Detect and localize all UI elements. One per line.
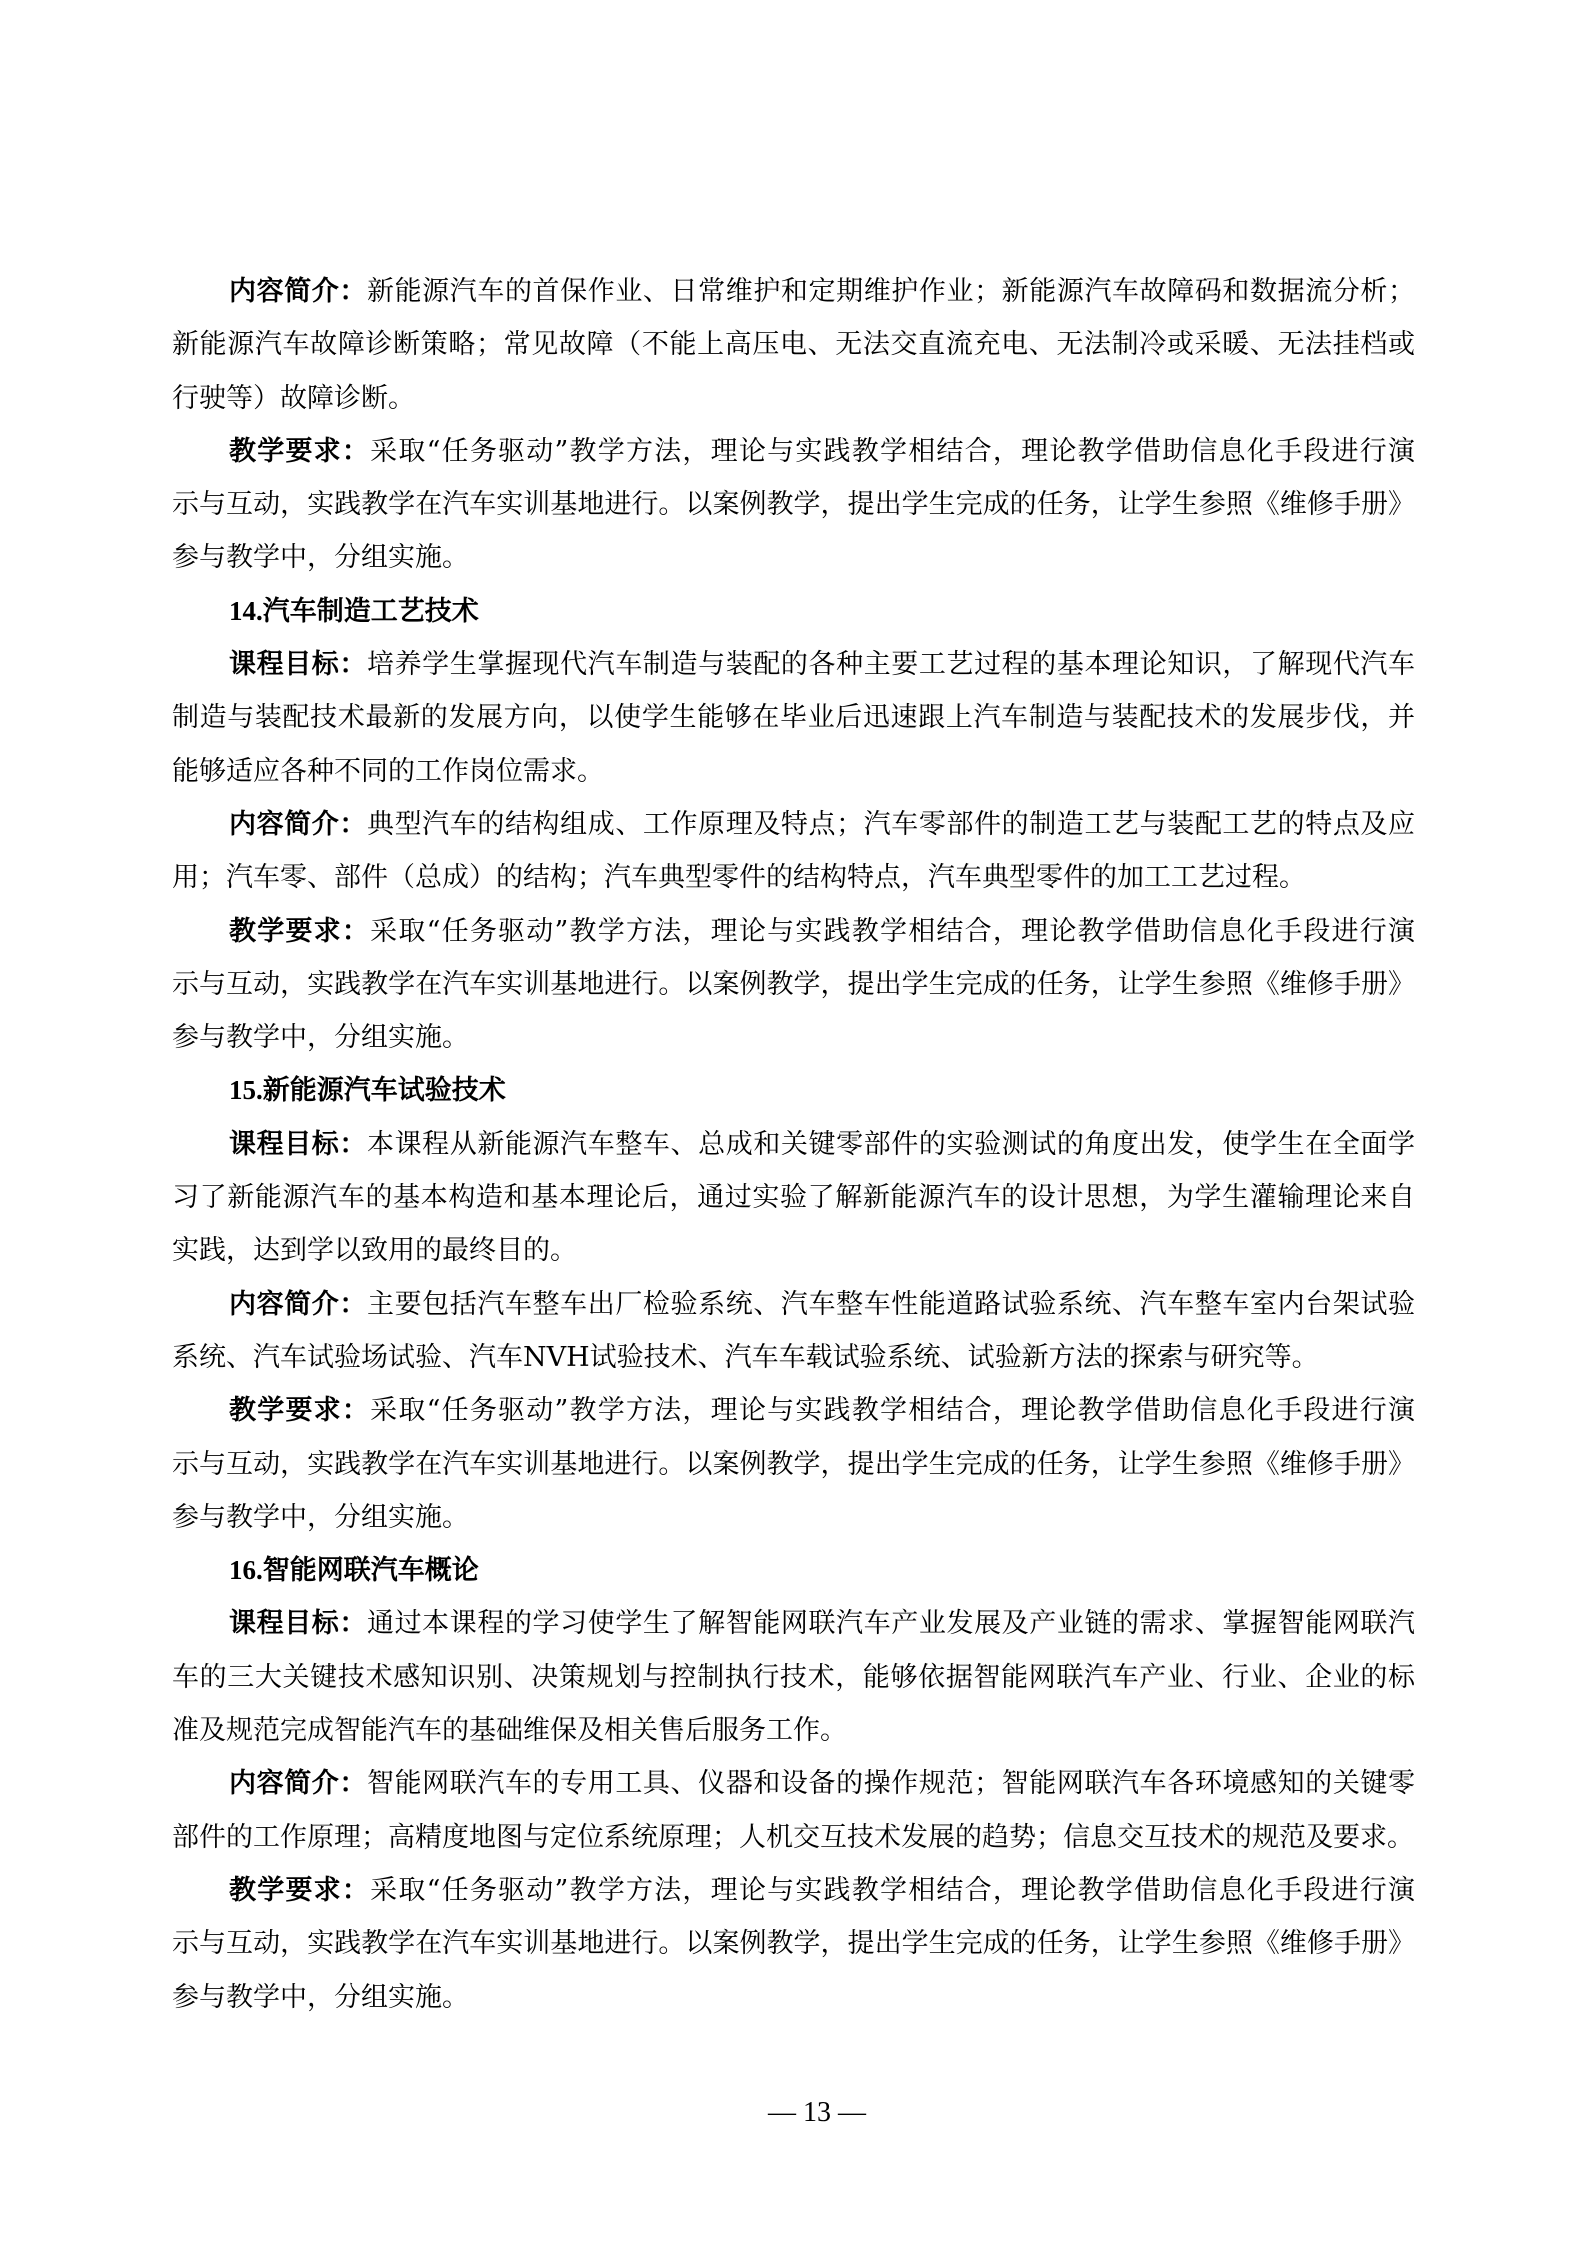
course-goal-text: 习了新能源汽车的基本构造和基本理论后，通过实验了解新能源汽车的设计思想，为学生灌… [172,1182,1415,1213]
content-intro-text: 用；汽车零、部件（总成）的结构；汽车典型零件的结构特点，汽车典型零件的加工工艺过… [172,862,1306,893]
content-intro-label: 内容简介： [229,1768,367,1799]
course-goal-label: 课程目标： [229,649,367,680]
page-number: — 13 — [717,2094,917,2132]
paragraph-line: 示与互动，实践教学在汽车实训基地进行。以案例教学，提出学生完成的任务，让学生参照… [172,1438,1415,1491]
paragraph-line: 示与互动，实践教学在汽车实训基地进行。以案例教学，提出学生完成的任务，让学生参照… [172,958,1415,1011]
paragraph-line: 能够适应各种不同的工作岗位需求。 [172,745,1415,798]
teaching-req-text: 参与教学中，分组实施。 [172,1982,469,2013]
course-goal-text: 准及规范完成智能汽车的基础维保及相关售后服务工作。 [172,1715,847,1746]
paragraph-line: 参与教学中，分组实施。 [172,1491,1415,1544]
section-number: 15. [229,1075,263,1105]
paragraph-line: 新能源汽车故障诊断策略；常见故障（不能上高压电、无法交直流充电、无法制冷或采暖、… [172,318,1415,371]
paragraph-line: 教学要求：采取“任务驱动”教学方法，理论与实践教学相结合，理论教学借助信息化手段… [172,1384,1415,1437]
paragraph-line: 内容简介：新能源汽车的首保作业、日常维护和定期维护作业；新能源汽车故障码和数据流… [172,265,1415,318]
section-heading-15: 15.新能源汽车试验技术 [172,1064,1415,1117]
content-intro-label: 内容简介： [229,809,367,840]
paragraph-line: 用；汽车零、部件（总成）的结构；汽车典型零件的结构特点，汽车典型零件的加工工艺过… [172,851,1415,904]
paragraph-line: 示与互动，实践教学在汽车实训基地进行。以案例教学，提出学生完成的任务，让学生参照… [172,478,1415,531]
teaching-req-label: 教学要求： [229,436,370,467]
content-intro-text: 新能源汽车的首保作业、日常维护和定期维护作业；新能源汽车故障码和数据流分析； [367,276,1415,307]
section-heading-16: 16.智能网联汽车概论 [172,1544,1415,1597]
teaching-req-text: 采取“任务驱动”教学方法，理论与实践教学相结合，理论教学借助信息化手段进行演 [370,1395,1415,1426]
paragraph-line: 行驶等）故障诊断。 [172,372,1415,425]
document-page: 内容简介：新能源汽车的首保作业、日常维护和定期维护作业；新能源汽车故障码和数据流… [0,0,1587,2245]
section-title: 新能源汽车试验技术 [263,1075,506,1106]
teaching-req-text: 示与互动，实践教学在汽车实训基地进行。以案例教学，提出学生完成的任务，让学生参照… [172,969,1415,1000]
paragraph-line: 课程目标：本课程从新能源汽车整车、总成和关键零部件的实验测试的角度出发，使学生在… [172,1118,1415,1171]
content-intro-label: 内容简介： [229,1289,367,1320]
paragraph-line: 内容简介：主要包括汽车整车出厂检验系统、汽车整车性能道路试验系统、汽车整车室内台… [172,1278,1415,1331]
paragraph-line: 课程目标：通过本课程的学习使学生了解智能网联汽车产业发展及产业链的需求、掌握智能… [172,1597,1415,1650]
course-goal-text: 培养学生掌握现代汽车制造与装配的各种主要工艺过程的基本理论知识，了解现代汽车 [367,649,1415,680]
content-intro-text: 新能源汽车故障诊断策略；常见故障（不能上高压电、无法交直流充电、无法制冷或采暖、… [172,329,1415,360]
content-intro-text: 部件的工作原理；高精度地图与定位系统原理；人机交互技术发展的趋势；信息交互技术的… [172,1822,1414,1853]
content-intro-text: 行驶等）故障诊断。 [172,383,415,414]
course-goal-text: 制造与装配技术最新的发展方向，以使学生能够在毕业后迅速跟上汽车制造与装配技术的发… [172,702,1415,733]
teaching-req-text: 采取“任务驱动”教学方法，理论与实践教学相结合，理论教学借助信息化手段进行演 [370,436,1415,467]
content-intro-text: 主要包括汽车整车出厂检验系统、汽车整车性能道路试验系统、汽车整车室内台架试验 [367,1289,1415,1320]
paragraph-line: 部件的工作原理；高精度地图与定位系统原理；人机交互技术发展的趋势；信息交互技术的… [172,1811,1415,1864]
teaching-req-text: 参与教学中，分组实施。 [172,1502,469,1533]
section-title: 汽车制造工艺技术 [263,596,479,627]
paragraph-line: 习了新能源汽车的基本构造和基本理论后，通过实验了解新能源汽车的设计思想，为学生灌… [172,1171,1415,1224]
paragraph-line: 制造与装配技术最新的发展方向，以使学生能够在毕业后迅速跟上汽车制造与装配技术的发… [172,691,1415,744]
paragraph-line: 参与教学中，分组实施。 [172,1971,1415,2024]
course-goal-text: 车的三大关键技术感知识别、决策规划与控制执行技术，能够依据智能网联汽车产业、行业… [172,1662,1415,1693]
section-number: 14. [229,596,263,626]
paragraph-line: 参与教学中，分组实施。 [172,1011,1415,1064]
course-goal-text: 通过本课程的学习使学生了解智能网联汽车产业发展及产业链的需求、掌握智能网联汽 [367,1608,1415,1639]
teaching-req-text: 示与互动，实践教学在汽车实训基地进行。以案例教学，提出学生完成的任务，让学生参照… [172,489,1415,520]
paragraph-line: 教学要求：采取“任务驱动”教学方法，理论与实践教学相结合，理论教学借助信息化手段… [172,905,1415,958]
paragraph-line: 示与互动，实践教学在汽车实训基地进行。以案例教学，提出学生完成的任务，让学生参照… [172,1917,1415,1970]
teaching-req-label: 教学要求： [229,916,370,947]
paragraph-line: 实践，达到学以致用的最终目的。 [172,1224,1415,1277]
teaching-req-text: 参与教学中，分组实施。 [172,1022,469,1053]
teaching-req-text: 示与互动，实践教学在汽车实训基地进行。以案例教学，提出学生完成的任务，让学生参照… [172,1928,1415,1959]
content-intro-text: 系统、汽车试验场试验、汽车NVH试验技术、汽车车载试验系统、试验新方法的探索与研… [172,1342,1319,1373]
course-goal-text: 本课程从新能源汽车整车、总成和关键零部件的实验测试的角度出发，使学生在全面学 [367,1129,1415,1160]
paragraph-line: 课程目标：培养学生掌握现代汽车制造与装配的各种主要工艺过程的基本理论知识，了解现… [172,638,1415,691]
teaching-req-text: 采取“任务驱动”教学方法，理论与实践教学相结合，理论教学借助信息化手段进行演 [370,916,1415,947]
teaching-req-label: 教学要求： [229,1875,370,1906]
paragraph-line: 系统、汽车试验场试验、汽车NVH试验技术、汽车车载试验系统、试验新方法的探索与研… [172,1331,1415,1384]
paragraph-line: 内容简介：典型汽车的结构组成、工作原理及特点；汽车零部件的制造工艺与装配工艺的特… [172,798,1415,851]
course-goal-label: 课程目标： [229,1129,367,1160]
paragraph-line: 准及规范完成智能汽车的基础维保及相关售后服务工作。 [172,1704,1415,1757]
course-goal-text: 能够适应各种不同的工作岗位需求。 [172,756,604,787]
paragraph-line: 车的三大关键技术感知识别、决策规划与控制执行技术，能够依据智能网联汽车产业、行业… [172,1651,1415,1704]
paragraph-line: 内容简介：智能网联汽车的专用工具、仪器和设备的操作规范；智能网联汽车各环境感知的… [172,1757,1415,1810]
teaching-req-text: 采取“任务驱动”教学方法，理论与实践教学相结合，理论教学借助信息化手段进行演 [370,1875,1415,1906]
document-body: 内容简介：新能源汽车的首保作业、日常维护和定期维护作业；新能源汽车故障码和数据流… [172,265,1415,2024]
course-goal-label: 课程目标： [229,1608,367,1639]
content-intro-label: 内容简介： [229,276,367,307]
section-number: 16. [229,1555,263,1585]
paragraph-line: 参与教学中，分组实施。 [172,531,1415,584]
paragraph-line: 教学要求：采取“任务驱动”教学方法，理论与实践教学相结合，理论教学借助信息化手段… [172,1864,1415,1917]
course-goal-text: 实践，达到学以致用的最终目的。 [172,1235,577,1266]
content-intro-text: 智能网联汽车的专用工具、仪器和设备的操作规范；智能网联汽车各环境感知的关键零 [367,1768,1415,1799]
teaching-req-text: 参与教学中，分组实施。 [172,542,469,573]
content-intro-text: 典型汽车的结构组成、工作原理及特点；汽车零部件的制造工艺与装配工艺的特点及应 [367,809,1415,840]
paragraph-line: 教学要求：采取“任务驱动”教学方法，理论与实践教学相结合，理论教学借助信息化手段… [172,425,1415,478]
teaching-req-label: 教学要求： [229,1395,370,1426]
teaching-req-text: 示与互动，实践教学在汽车实训基地进行。以案例教学，提出学生完成的任务，让学生参照… [172,1449,1415,1480]
section-heading-14: 14.汽车制造工艺技术 [172,585,1415,638]
section-title: 智能网联汽车概论 [263,1555,479,1586]
